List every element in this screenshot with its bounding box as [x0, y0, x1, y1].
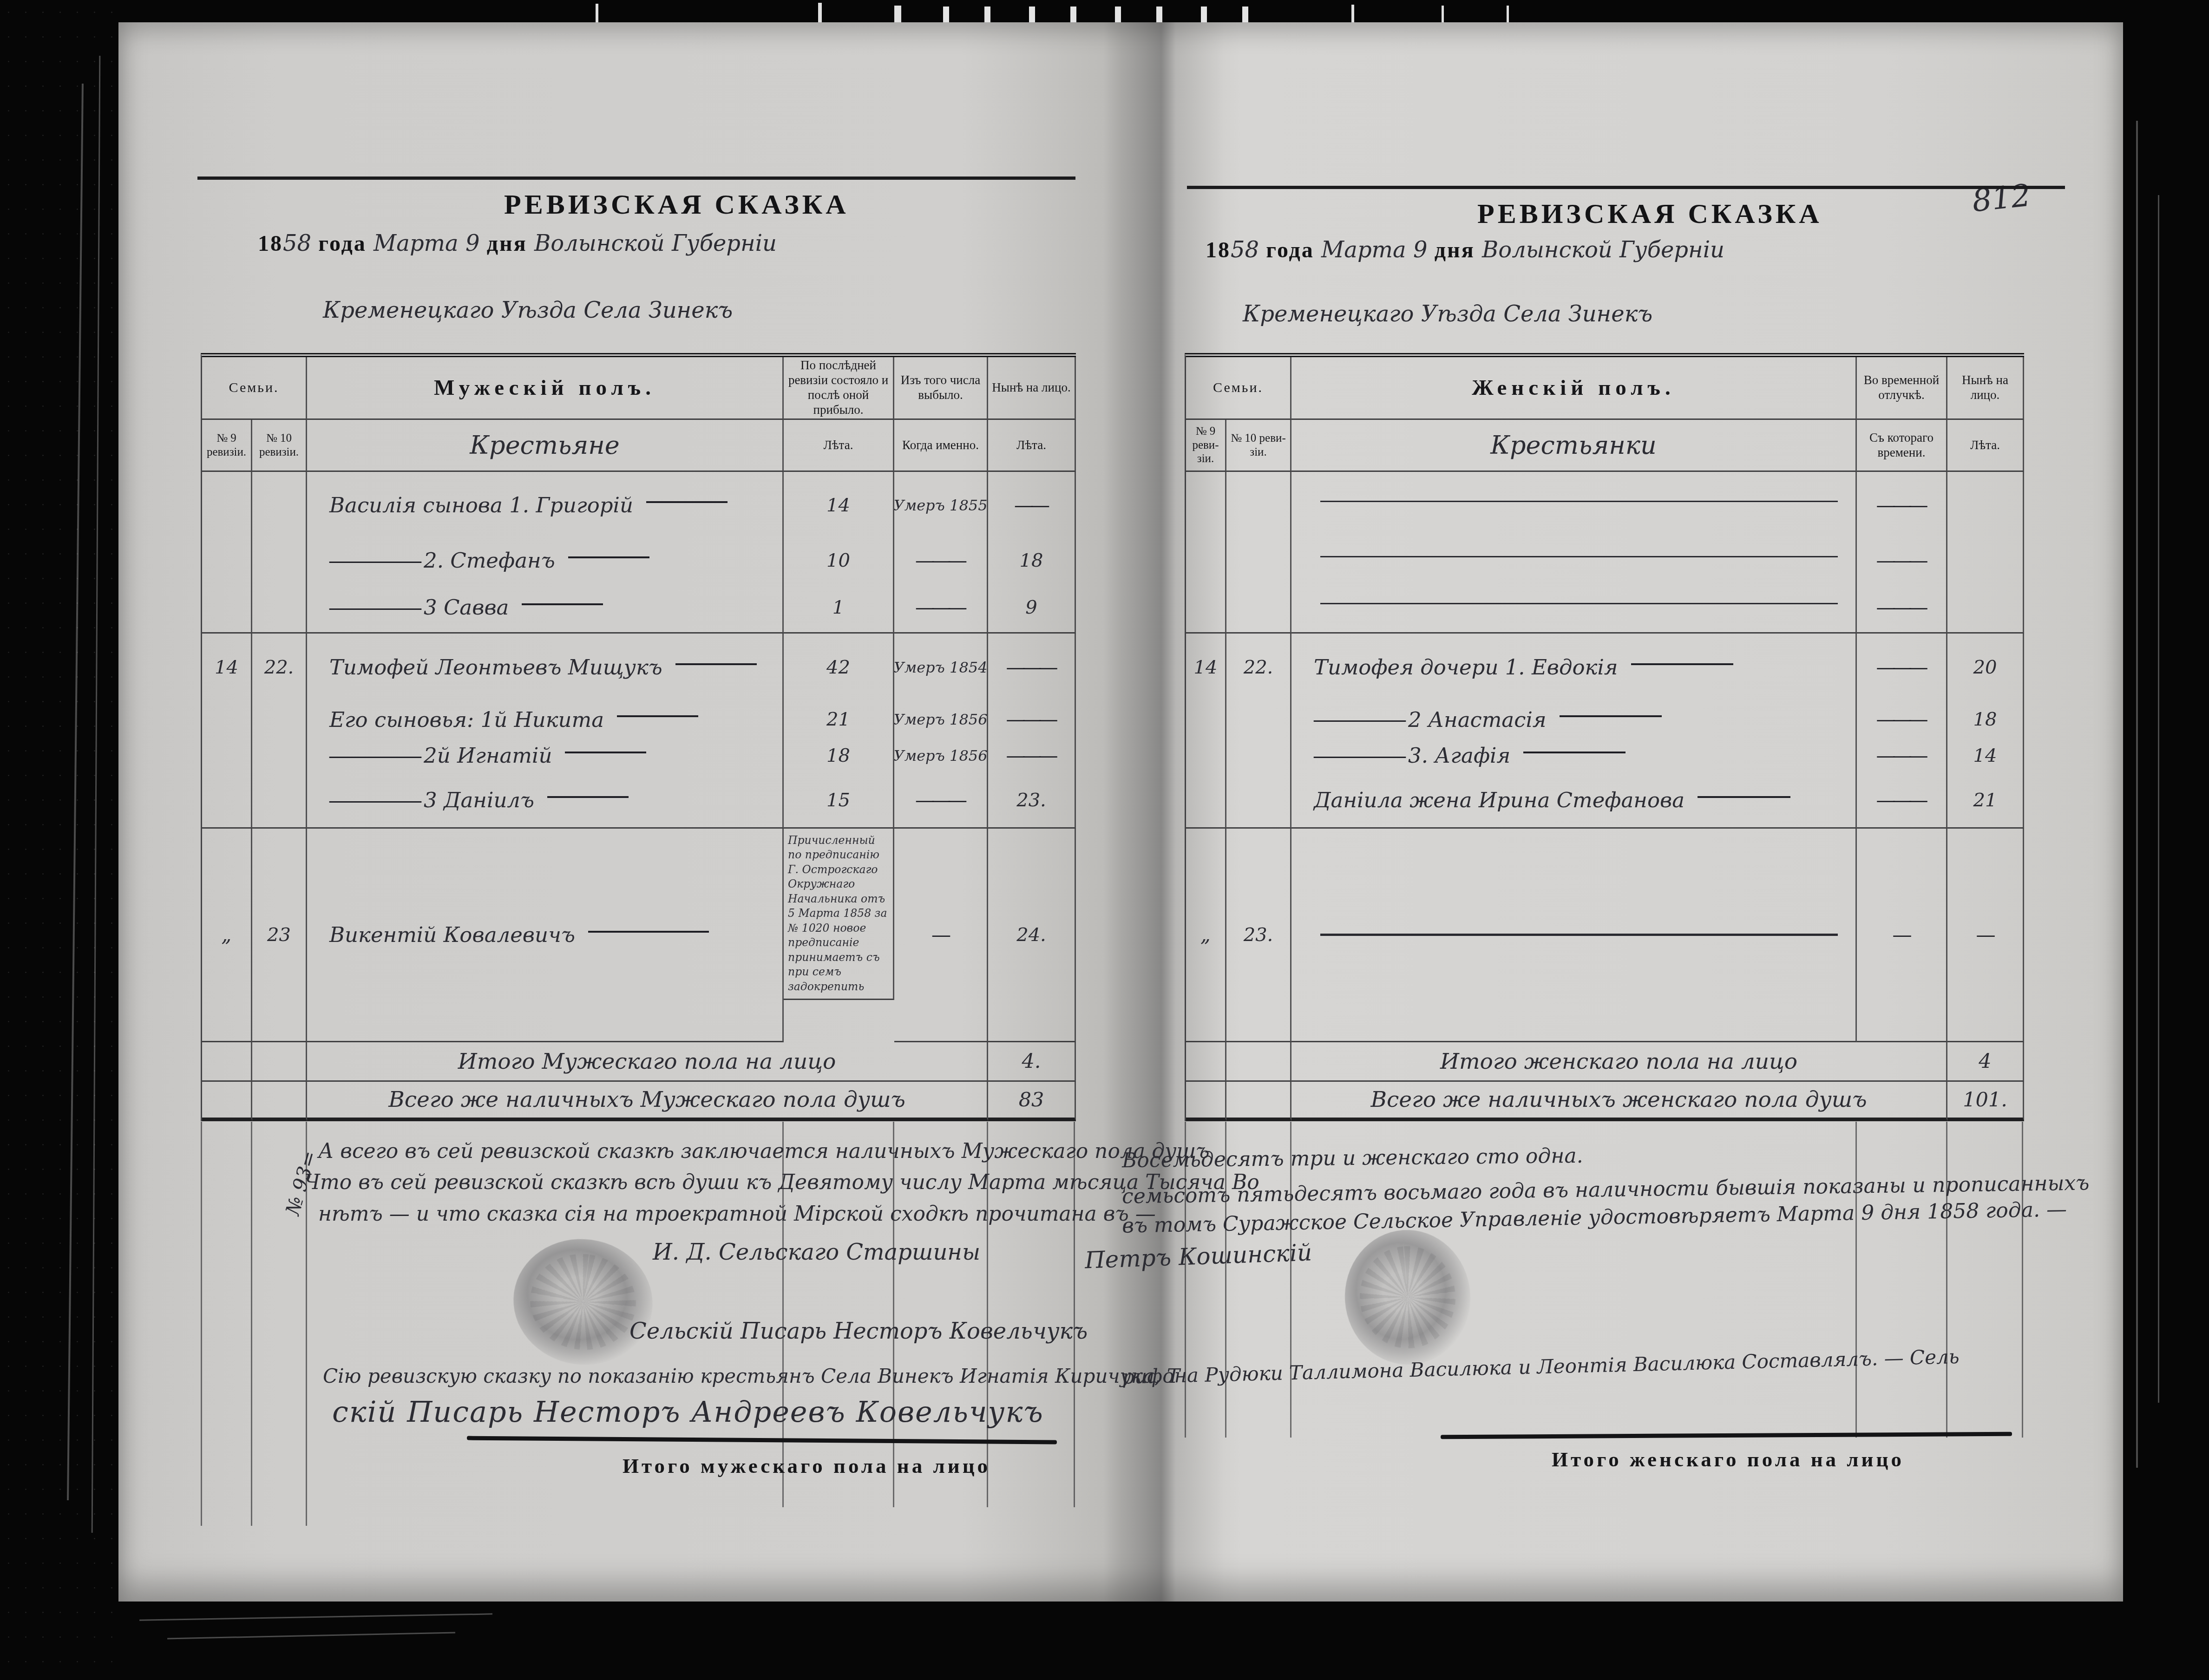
rev9-cell-ditto: „ [202, 829, 252, 1042]
female-revision-table: Семьи. Женскій полъ. Во времен­ной отлуч… [1185, 353, 2024, 1121]
name-cell: Викентій Ковалевичъ [307, 829, 784, 1042]
name-cell-blank [1291, 538, 1857, 582]
empty-cell [252, 1042, 307, 1082]
blank-rule-line [1320, 603, 1838, 604]
col-header-departed: Изъ того числа вы­было. [894, 357, 988, 420]
folio-page-number: 812 [1970, 177, 2032, 219]
printed-year-word: года [1266, 238, 1314, 262]
departed-when-cell: Умеръ 1855 [894, 472, 988, 538]
fill-dash [617, 715, 698, 717]
absent-since-cell: ——— [1857, 472, 1947, 538]
name-cell: Даніила жена Ирина Стефанова [1291, 773, 1857, 829]
empty-cell [202, 1082, 252, 1121]
certification-line2-left: Что въ сей ревизской сказкѣ всѣ души къ … [304, 1170, 1259, 1194]
village-ink-seal-right [1340, 1226, 1475, 1369]
handwritten-province: Волынской Губерніи [1482, 237, 1724, 263]
name-cell-blank [1291, 829, 1857, 1042]
age-now-cell: 24. [988, 829, 1076, 1042]
col-subheader-age-now: Лѣта. [988, 420, 1076, 472]
absent-since-cell: ——— [1857, 582, 1947, 634]
col-header-rev10: № 10 реви­зіи. [1226, 420, 1291, 472]
col-header-absent: Во времен­ной отлуч­кѣ. [1857, 357, 1947, 420]
date-line: 1858 года Марта 9 дня Волынской Губерніи [1206, 237, 1724, 263]
column-rule [2022, 1122, 2023, 1438]
rev10-cell: 23. [1226, 829, 1291, 1042]
handwritten-year: 58 [283, 230, 311, 256]
rev10-cell: 22. [252, 634, 307, 701]
certification-line1-right: Восемьдесятъ три и женскаго сто одна. [1122, 1144, 1583, 1172]
name-cell: ————— 3 Савва [307, 582, 784, 634]
rev10-cell [1226, 582, 1291, 634]
rev9-cell [1186, 701, 1226, 738]
certification-line1-left: А всего въ сей ревизской сказкѣ заключае… [318, 1139, 1210, 1163]
total-souls-value: 101. [1947, 1082, 2024, 1121]
fill-dash [565, 752, 646, 753]
lead-dash: ————— [1314, 708, 1404, 731]
name-cell: ————— 3 Даніилъ [307, 773, 784, 829]
location-line: Кременецкаго Уѣзда Села Зинекъ [323, 297, 733, 323]
fill-dash [547, 796, 629, 798]
departed-when-cell: ——— [894, 773, 988, 829]
lead-dash: ————— [329, 596, 420, 619]
person-name: 3 Даніилъ [424, 788, 534, 812]
name-cell: Василія сынова 1. Григорій [307, 472, 784, 538]
page-title: РЕВИЗСКАЯ СКАЗКА [504, 189, 849, 221]
page-title: РЕВИЗСКАЯ СКАЗКА [1477, 198, 1822, 230]
person-name: Тимофея дочери 1. Евдокія [1314, 655, 1618, 680]
rev9-cell: 14 [202, 634, 252, 701]
age-cell [1947, 538, 2024, 582]
rev10-cell [252, 472, 307, 538]
col-header-gender: Женскій полъ. [1291, 357, 1857, 420]
rev9-cell [1186, 538, 1226, 582]
age-now-cell: ——— [988, 738, 1076, 773]
rev10-cell [252, 773, 307, 829]
person-name: 2 Анастасія [1408, 707, 1547, 732]
blank-rule-line [1320, 556, 1838, 557]
age-now-cell: 23. [988, 773, 1076, 829]
estate-group-label: Крестьянки [1291, 420, 1857, 472]
page-stack-edge [139, 1613, 492, 1621]
age-cell: 21 [1947, 773, 2024, 829]
name-cell: ————— 2. Стефанъ [307, 538, 784, 582]
total-present-label: Итого женскаго пола на лицо [1291, 1042, 1947, 1082]
rev10-cell: 22. [1226, 634, 1291, 701]
name-cell-blank [1291, 582, 1857, 634]
page-footer-right: Итого женскаго пола на лицо [1552, 1447, 1904, 1471]
rev10-cell [252, 701, 307, 738]
attestation-line-left: Сію ревизскую сказку по показанію кресть… [323, 1365, 1180, 1387]
rev9-cell [202, 773, 252, 829]
page-top-rule [1187, 186, 2065, 189]
age-cell: 20 [1947, 634, 2024, 701]
book-spread: РЕВИЗСКАЯ СКАЗКА 1858 года Марта 9 дня В… [118, 22, 2123, 1602]
age-last-revision-cell: 18 [784, 738, 894, 773]
blank-rule-line [1320, 501, 1838, 502]
empty-cell [202, 1042, 252, 1082]
age-cell [1947, 582, 2024, 634]
printed-year-prefix: 18 [1206, 238, 1231, 262]
absent-since-cell: ——— [1857, 738, 1947, 773]
printed-day-word: дня [1435, 238, 1475, 262]
rev10-cell [1226, 773, 1291, 829]
transfer-note: Причисленный по предписанію Г. Острогска… [784, 829, 894, 1000]
rev9-cell [202, 472, 252, 538]
rev9-cell [202, 538, 252, 582]
person-name: 3 Савва [424, 595, 509, 620]
rev10-cell [252, 538, 307, 582]
rev10-cell [1226, 472, 1291, 538]
rev10-cell: 23 [252, 829, 307, 1042]
name-cell: ————— 2 Анастасія [1291, 701, 1857, 738]
certification-line3-left: нѣтъ — и что сказка сія на троекратной М… [318, 1202, 1156, 1226]
col-header-present: Нынѣ на лицо. [988, 357, 1076, 420]
absent-since-cell: ——— [1857, 773, 1947, 829]
absent-since-cell: ——— [1857, 634, 1947, 701]
fill-dash [1560, 715, 1662, 717]
film-tick-mark [1507, 6, 1509, 24]
location-line: Кременецкаго Уѣзда Села Зинекъ [1243, 301, 1652, 327]
blank-rule-line [1320, 934, 1838, 936]
age-now-cell: —— [988, 472, 1076, 538]
male-revision-table: Семьи. Мужескій полъ. По послѣдней ревиз… [201, 353, 1076, 1121]
absent-since-cell: — [1857, 829, 1947, 1042]
name-cell: Тимофея дочери 1. Евдокія [1291, 634, 1857, 701]
column-rule [201, 1122, 202, 1526]
fill-dash [646, 501, 728, 503]
page-top-rule [197, 176, 1075, 180]
rev9-cell [202, 738, 252, 773]
rev9-cell: 14 [1186, 634, 1226, 701]
rev9-cell [202, 582, 252, 634]
col-header-family: Семьи. [202, 357, 307, 420]
rev9-cell [1186, 472, 1226, 538]
date-line: 1858 года Марта 9 дня Волынской Губерніи [258, 230, 777, 256]
age-last-revision-cell: 21 [784, 701, 894, 738]
col-header-rev10: № 10 реви­зіи. [252, 420, 307, 472]
age-last-revision-cell: 1 [784, 582, 894, 634]
name-cell: Тимофей Леонтьевъ Мищукъ [307, 634, 784, 701]
clerk-line: Сельскій Писарь Несторъ Ковельчукъ [629, 1318, 1088, 1344]
handwritten-province: Волынской Губерніи [534, 230, 777, 256]
rev10-cell [1226, 701, 1291, 738]
col-header-family: Семьи. [1186, 357, 1291, 420]
rev10-cell [252, 582, 307, 634]
col-header-gender: Мужескій полъ. [307, 357, 784, 420]
microfilm-scan: РЕВИЗСКАЯ СКАЗКА 1858 года Марта 9 дня В… [0, 0, 2209, 1680]
age-last-revision-cell: 14 [784, 472, 894, 538]
name-cell: ————— 2й Игнатій [307, 738, 784, 773]
total-souls-label: Всего же наличныхъ Мужескаго пола душъ [307, 1082, 988, 1121]
empty-cell [1186, 1042, 1226, 1082]
footer-rule-left [467, 1436, 1057, 1445]
printed-day-word: дня [487, 231, 527, 256]
col-subheader-age: Лѣта. [1947, 420, 2024, 472]
lead-dash: ————— [329, 789, 420, 811]
person-name: 2. Стефанъ [424, 548, 555, 573]
page-stack-edge [2158, 195, 2159, 1403]
col-header-present: Нынѣ на лицо. [1947, 357, 2024, 420]
lead-dash: ————— [329, 745, 420, 767]
rev9-cell-ditto: „ [1186, 829, 1226, 1042]
age-cell [1947, 472, 2024, 538]
age-now-cell: 9 [988, 582, 1076, 634]
col-subheader-since: Съ котораго времени. [1857, 420, 1947, 472]
clerk-signature-big: скій Писарь Несторъ Андреевъ Ковельчукъ [332, 1395, 1044, 1429]
fill-dash [675, 663, 757, 665]
age-last-revision-cell: 10 [784, 538, 894, 582]
printed-year-word: года [318, 231, 367, 256]
lead-dash: ————— [329, 549, 420, 572]
person-name: Даніила жена Ирина Стефанова [1314, 788, 1685, 812]
age-cell: — [1947, 829, 2024, 1042]
rev10-cell [1226, 538, 1291, 582]
column-rule [1946, 1122, 1947, 1438]
handwritten-year: 58 [1231, 237, 1259, 263]
fill-dash [522, 603, 603, 605]
rev10-cell [1226, 738, 1291, 773]
total-souls-value: 83 [988, 1082, 1076, 1121]
printed-year-prefix: 18 [258, 231, 283, 256]
person-name: Тимофей Леонтьевъ Мищукъ [329, 655, 662, 680]
lead-dash: ————— [1314, 745, 1404, 767]
age-now-cell: ——— [988, 701, 1076, 738]
departed-when-cell: — [894, 829, 988, 1042]
fill-dash [1631, 663, 1733, 665]
age-last-revision-cell: 42 [784, 634, 894, 701]
fill-dash [1523, 752, 1626, 753]
empty-cell [1186, 1082, 1226, 1121]
starshina-title: И. Д. Сельскаго Старшины [653, 1239, 980, 1265]
name-cell: ————— 3. Агафія [1291, 738, 1857, 773]
person-name: 3. Агафія [1408, 743, 1510, 768]
total-present-value: 4 [1947, 1042, 2024, 1082]
person-name: Василія сынова 1. Григорій [329, 493, 633, 517]
handwritten-date: Марта 9 [374, 230, 479, 256]
person-name: Викентій Ковалевичъ [329, 922, 575, 947]
page-footer-left: Итого мужескаго пола на лицо [623, 1454, 990, 1478]
departed-when-cell: Умеръ 1856 [894, 701, 988, 738]
handwritten-date: Марта 9 [1321, 237, 1427, 263]
rev9-cell [1186, 582, 1226, 634]
total-present-label: Итого Мужескаго пола на лицо [307, 1042, 988, 1082]
fill-dash [568, 556, 649, 558]
age-cell: 18 [1947, 701, 2024, 738]
rev9-cell [1186, 738, 1226, 773]
age-now-cell: ——— [988, 634, 1076, 701]
name-cell: Его сыновья: 1й Никита [307, 701, 784, 738]
fill-dash [588, 931, 709, 933]
name-cell-blank [1291, 472, 1857, 538]
col-header-rev9: № 9 реви­зіи. [202, 420, 252, 472]
departed-when-cell: Умеръ 1856 [894, 738, 988, 773]
age-cell: 14 [1947, 738, 2024, 773]
page-stack-edge [167, 1632, 455, 1640]
film-grain [0, 0, 125, 1680]
absent-since-cell: ——— [1857, 538, 1947, 582]
person-name: 2й Игнатій [424, 743, 552, 768]
col-subheader-when: Когда имен­но. [894, 420, 988, 472]
column-rule [251, 1122, 252, 1526]
col-header-last-revision: По послѣдней ревизіи состо­яло и послѣ о… [784, 357, 894, 420]
page-stack-edge [2136, 121, 2138, 1468]
rev9-cell [1186, 773, 1226, 829]
film-tick-mark [1442, 6, 1444, 24]
departed-when-cell: ——— [894, 582, 988, 634]
empty-cell [252, 1082, 307, 1121]
footer-rule-right [1441, 1432, 2012, 1439]
total-souls-label: Всего же наличныхъ женскаго пола душъ [1291, 1082, 1947, 1121]
age-now-cell: 18 [988, 538, 1076, 582]
empty-cell [1226, 1082, 1291, 1121]
attestation-line-right: рифона Рудюки Таллимона Василюка и Леонт… [1122, 1345, 1960, 1388]
rev10-cell [252, 738, 307, 773]
empty-cell [1226, 1042, 1291, 1082]
person-name: Его сыновья: 1й Никита [329, 707, 604, 732]
departed-when-cell: Умеръ 1854 [894, 634, 988, 701]
col-header-rev9: № 9 реви­зіи. [1186, 420, 1226, 472]
column-rule [1855, 1122, 1857, 1438]
village-ink-seal-left [505, 1230, 661, 1373]
departed-when-cell: ——— [894, 538, 988, 582]
fill-dash [1698, 796, 1790, 798]
total-present-value: 4. [988, 1042, 1076, 1082]
rev9-cell [202, 701, 252, 738]
absent-since-cell: ——— [1857, 701, 1947, 738]
estate-group-label: Крестьяне [307, 420, 784, 472]
age-last-revision-cell: 15 [784, 773, 894, 829]
col-subheader-age: Лѣта. [784, 420, 894, 472]
